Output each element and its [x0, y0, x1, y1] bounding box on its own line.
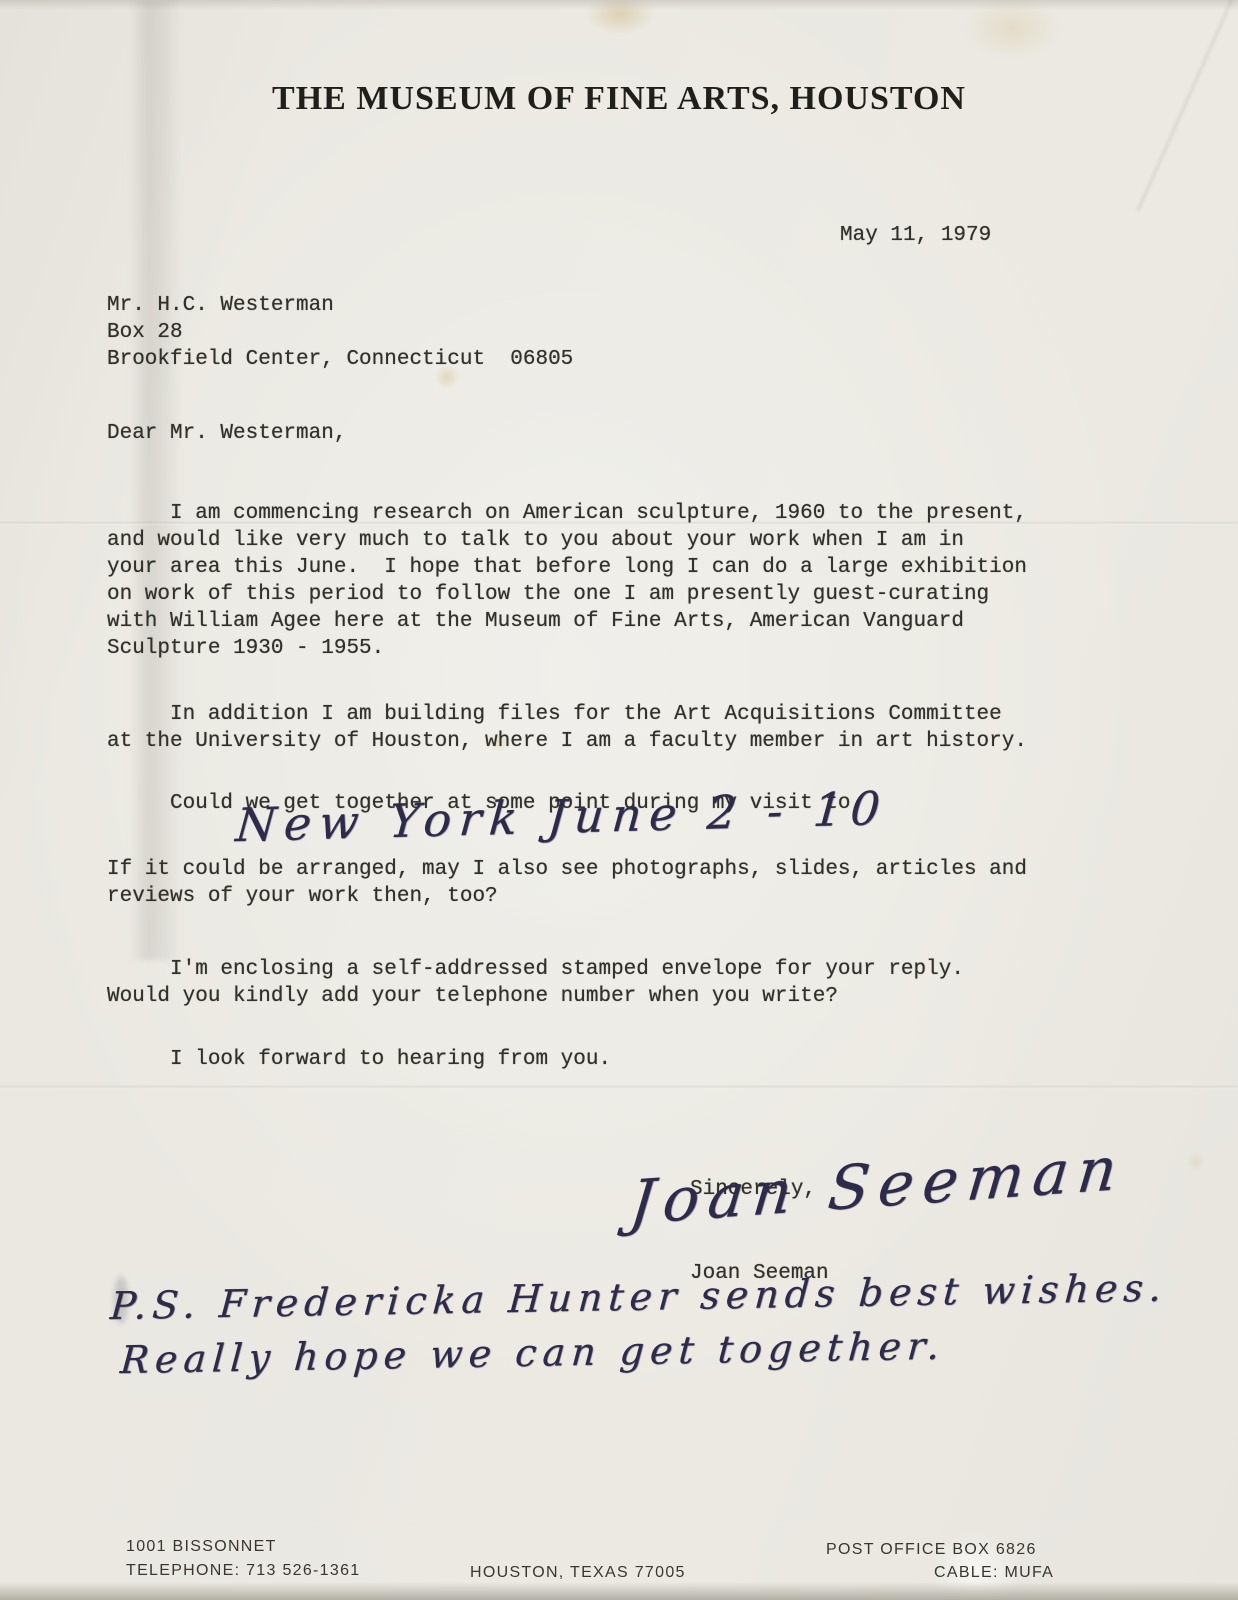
- body-line: Sculpture 1930 - 1955.: [107, 635, 384, 662]
- body-line: on work of this period to follow the one…: [107, 581, 989, 608]
- body-line: Would you kindly add your telephone numb…: [107, 983, 838, 1010]
- postscript-line: Really hope we can get together.: [119, 1324, 947, 1382]
- body-line: with William Agee here at the Museum of …: [107, 608, 964, 635]
- postscript-line: P.S. Fredericka Hunter sends best wishes…: [109, 1266, 1169, 1329]
- body-line: If it could be arranged, may I also see …: [107, 856, 1027, 883]
- signature-script: Joan Seeman: [627, 1133, 1129, 1238]
- footer-telephone: TELEPHONE: 713 526-1361: [126, 1562, 360, 1580]
- recipient-line: Brookfield Center, Connecticut 06805: [107, 346, 573, 373]
- body-line: In addition I am building files for the …: [107, 701, 1002, 728]
- body-line: at the University of Houston, where I am…: [107, 728, 1027, 755]
- recipient-line: Box 28: [107, 319, 183, 346]
- paragraph-5: I look forward to hearing from you.: [107, 1046, 611, 1073]
- letter-scan: THE MUSEUM OF FINE ARTS, HOUSTON May 11,…: [0, 0, 1238, 1600]
- date-line: May 11, 1979: [840, 222, 991, 249]
- salutation: Dear Mr. Westerman,: [107, 420, 346, 447]
- body-line: and would like very much to talk to you …: [107, 527, 964, 554]
- body-line: your area this June. I hope that before …: [107, 554, 1027, 581]
- footer-po-box: POST OFFICE BOX 6826: [826, 1541, 1037, 1559]
- scan-top-shadow: [0, 0, 1238, 10]
- scan-bottom-edge: [0, 1582, 1238, 1600]
- body-line: reviews of your work then, too?: [107, 883, 498, 910]
- footer-street: 1001 BISSONNET: [126, 1538, 277, 1556]
- footer-cable: CABLE: MUFA: [934, 1564, 1054, 1582]
- letterhead-title: THE MUSEUM OF FINE ARTS, HOUSTON: [0, 80, 1238, 118]
- fold-crease-lower: [0, 1086, 1238, 1089]
- body-line: I'm enclosing a self-addressed stamped e…: [107, 956, 964, 983]
- corner-crease: [1137, 0, 1238, 247]
- body-line: I am commencing research on American scu…: [107, 500, 1027, 527]
- recipient-line: Mr. H.C. Westerman: [107, 292, 334, 319]
- footer-city: HOUSTON, TEXAS 77005: [470, 1564, 686, 1582]
